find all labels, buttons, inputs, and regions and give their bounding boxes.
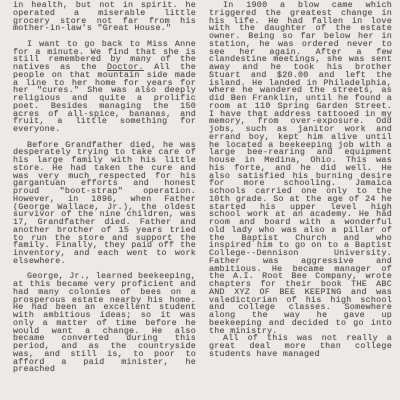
paragraph-george-jr: George, Jr., learned beekeeping, at this… [13,273,196,374]
paragraph-all-of-this: All of this was not really a great deal … [209,335,392,358]
paragraph-miss-anne: I want to go back to Miss Anne for a min… [13,41,196,134]
scanned-page: in health, but not in spirit. he operate… [0,0,400,400]
paragraph-text: All the people on that mountain side mad… [13,62,196,134]
paragraph-grandfather: Before Grandfather died, he was desperat… [13,142,196,266]
paragraph-continuation: in health, but not in spirit. he operate… [13,2,196,33]
left-column: in health, but not in spirit. he operate… [13,2,196,398]
right-column: In 1900 a blow came which triggered the … [209,2,392,398]
paragraph-1900-blow: In 1900 a blow came which triggered the … [209,2,392,335]
